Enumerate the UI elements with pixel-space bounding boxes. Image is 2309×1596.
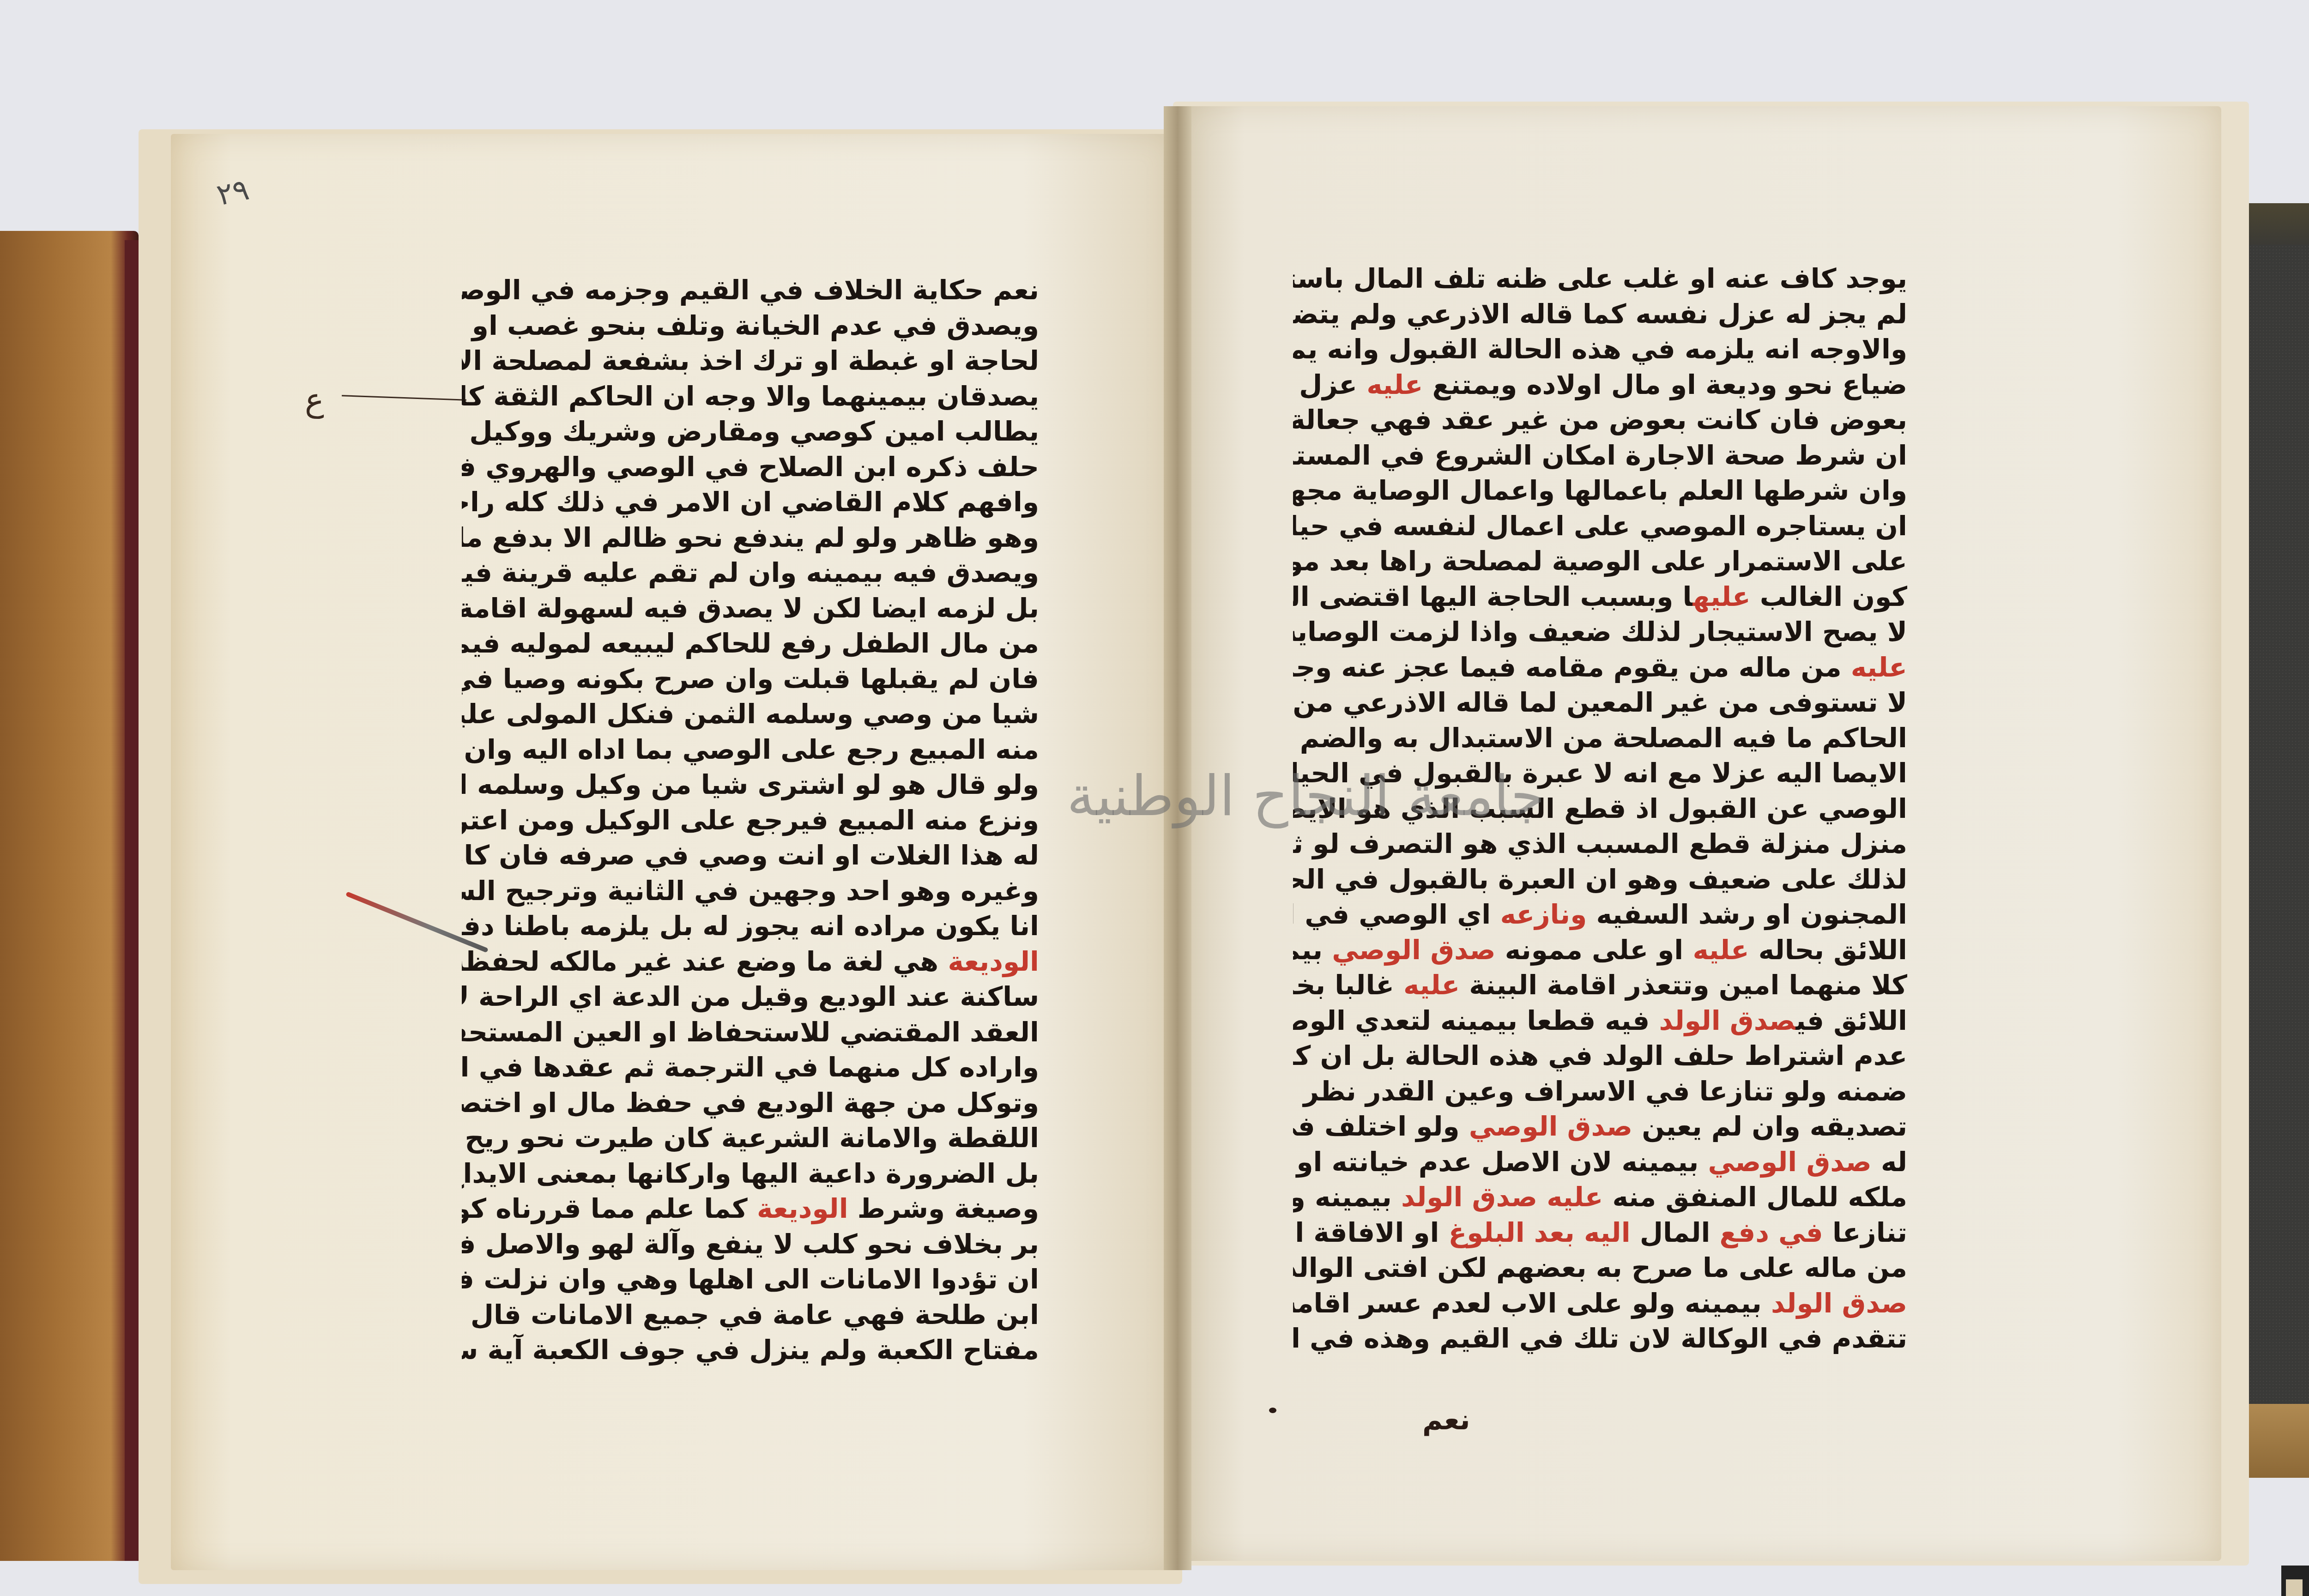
rubric-text: صدق الوصي — [1332, 934, 1495, 966]
rubric-text: صدق الولد — [1771, 1288, 1907, 1319]
text-line: لا تستوفى من غير المعين لما قاله الاذرعي… — [1293, 685, 1907, 720]
text-line: كون الغالب عليها وبسبب الحاجة اليها اقتض… — [1293, 579, 1907, 615]
text-line: ان يستاجره الموصي على اعمال لنفسه في حيا… — [1293, 508, 1907, 544]
text-line: يطالب امين كوصي ومقارض وشريك ووكيل بحساب… — [462, 414, 1039, 449]
text-line: العقد المقتضي للاستحفاظ او العين المستحف… — [462, 1015, 1039, 1050]
text-line: تنازعا في دفع المال اليه بعد البلوغ او ا… — [1293, 1215, 1907, 1251]
text-line: والاوجه انه يلزمه في هذه الحالة القبول و… — [1293, 332, 1907, 367]
text-line: كلا منهما امين وتتعذر اقامة البينة عليه … — [1293, 967, 1907, 1003]
rubric-text: عليه — [1366, 369, 1423, 400]
text-line: منه المبيع رجع على الوصي بما اداه اليه و… — [462, 732, 1039, 768]
rubric-text: عليه — [1692, 934, 1749, 966]
rubric-text: ونازعه — [1500, 899, 1587, 930]
text-line: وان شرطها العلم باعمالها واعمال الوصاية … — [1293, 473, 1907, 508]
text-line: اللائق بحاله عليه او على ممونه صدق الوصي… — [1293, 932, 1907, 968]
text-line: على الاستمرار على الوصية لمصلحة راها بعد… — [1293, 544, 1907, 579]
text-line: له صدق الوصي بيمينه لان الاصل عدم خيانته… — [1293, 1144, 1907, 1180]
text-line: ملكه للمال المنفق منه عليه صدق الولد بيم… — [1293, 1179, 1907, 1215]
text-line: وتوكل من جهة الوديع في حفظ مال او اختصاص… — [462, 1085, 1039, 1121]
text-line: ان شرط صحة الاجارة امكان الشروع في المست… — [1293, 438, 1907, 473]
text-line: بعوض فان كانت بعوض من غير عقد فهي جعالة … — [1293, 402, 1907, 438]
text-line: عدم اشتراط حلف الولد في هذه الحالة بل ان… — [1293, 1038, 1907, 1074]
text-line: الحاكم ما فيه المصلحة من الاستبدال به وا… — [1293, 720, 1907, 756]
film-perforation — [2286, 1579, 2303, 1596]
text-line: له هذا الغلات او انت وصي في صرفه فان كان… — [462, 838, 1039, 873]
left-book-cover — [0, 231, 139, 1561]
text-line: عليه من ماله من يقوم مقامه فيما عجز عنه … — [1293, 650, 1907, 685]
text-line: وهو ظاهر ولو لم يندفع نحو ظالم الا بدفع … — [462, 520, 1039, 556]
rubric-text: الوديعة — [757, 1193, 848, 1224]
text-line: وافهم كلام القاضي ان الامر في ذلك كله را… — [462, 484, 1039, 520]
text-line: لم يجز له عزل نفسه كما قاله الاذرعي ولم … — [1293, 296, 1907, 332]
text-line: اللائق فيصدق الولد فيه قطعا بيمينه لتعدي… — [1293, 1003, 1907, 1039]
rubric-text: في دفع — [1720, 1217, 1823, 1248]
text-line: شيا من وصي وسلمه الثمن فنكل المولى عليه … — [462, 696, 1039, 732]
text-line: صدق الولد بيمينه ولو على الاب لعدم عسر ا… — [1293, 1286, 1907, 1321]
text-line: ولو قال هو لو اشترى شيا من وكيل وسلمه ال… — [462, 767, 1039, 803]
text-line: اللقطة والامانة الشرعية كان طيرت نحو ريح… — [462, 1120, 1039, 1156]
rubric-text: صدق الوصي — [1708, 1146, 1872, 1178]
rubric-text: عليه — [1547, 1181, 1603, 1213]
rubric-text: الوديعة — [948, 946, 1039, 977]
text-line: الوديعة هي لغة ما وضع عند غير مالكه لحفظ… — [462, 944, 1039, 979]
text-line: ساكنة عند الوديع وقيل من الدعة اي الراحة… — [462, 979, 1039, 1015]
text-line: تتقدم في الوكالة لان تلك في القيم وهذه ف… — [1293, 1321, 1907, 1356]
text-line: حلف ذكره ابن الصلاح في الوصي والهروي في … — [462, 449, 1039, 485]
rubric-text: صدق الولد — [1401, 1181, 1537, 1213]
text-line: نعم حكاية الخلاف في القيم وجزمه في الوصي… — [462, 272, 1039, 308]
rubric-text: عليه — [1403, 969, 1460, 1001]
rubric-text: عليه — [1851, 652, 1907, 683]
text-line: من مال الطفل رفع للحاكم ليبيعه لموليه في… — [462, 626, 1039, 661]
text-line: من ماله على ما صرح به بعضهم لكن افتى الو… — [1293, 1250, 1907, 1286]
text-line: مفتاح الكعبة ولم ينزل في جوف الكعبة آية … — [462, 1332, 1039, 1368]
rubric-text: اليه بعد البلوغ — [1449, 1217, 1631, 1248]
text-line: وغيره وهو احد وجهين في الثانية وترجيح ال… — [462, 873, 1039, 909]
text-line: تصديقه وان لم يعين صدق الوصي ولو اختلف ف… — [1293, 1109, 1907, 1144]
text-line: لذلك على ضعيف وهو ان العبرة بالقبول في ا… — [1293, 862, 1907, 897]
text-line: ضمنه ولو تنازعا في الاسراف وعين القدر نظ… — [1293, 1074, 1907, 1109]
ink-dot — [1269, 1408, 1276, 1413]
text-line: ان تؤدوا الامانات الى اهلها وهي وان نزلت… — [462, 1262, 1039, 1297]
text-line: بر بخلاف نحو كلب لا ينفع وآلة لهو والاصل… — [462, 1227, 1039, 1262]
text-line: المجنون او رشد السفيه ونازعه اي الوصي في… — [1293, 897, 1907, 932]
text-line: ونزع منه المبيع فيرجع على الوكيل ومن اعت… — [462, 803, 1039, 838]
rubric-text: صدق الوصي — [1469, 1111, 1632, 1142]
text-line: يوجد كاف عنه او غلب على ظنه تلف المال با… — [1293, 261, 1907, 296]
text-line: ويصدق فيه بيمينه وان لم تقم عليه قرينة ف… — [462, 555, 1039, 591]
text-line: ابن طلحة فهي عامة في جميع الامانات قال ا… — [462, 1297, 1039, 1333]
text-line: واراده كل منهما في الترجمة ثم عقدها في ا… — [462, 1050, 1039, 1085]
text-line: ويصدق في عدم الخيانة وتلف بنحو غصب او سر… — [462, 308, 1039, 344]
manuscript-photo: ٢٩ ع نعم حكاية الخلاف في القيم وجزمه في … — [0, 0, 2309, 1596]
text-line: لا يصح الاستيجار لذلك ضعيف واذا لزمت الو… — [1293, 614, 1907, 650]
left-page-text: نعم حكاية الخلاف في القيم وجزمه في الوصي… — [462, 272, 1039, 1368]
rubric-text: عليه — [1692, 581, 1750, 612]
watermark: جامعة النجاح الوطنية — [1067, 764, 1545, 828]
text-line: يصدقان بيمينهما والا وجه ان الحاكم الثقة… — [462, 379, 1039, 414]
text-line: وصيغة وشرط الوديعة كما علم مما قررناه كو… — [462, 1191, 1039, 1227]
text-line: منزل منزلة قطع المسبب الذي هو التصرف لو … — [1293, 826, 1907, 862]
text-line: لحاجة او غبطة او ترك اخذ بشفعة لمصلحة ال… — [462, 343, 1039, 379]
text-line: بل الضرورة داعية اليها واركانها بمعنى ال… — [462, 1156, 1039, 1191]
text-line: فان لم يقبلها قبلت وان صرح بكونه وصيا في… — [462, 661, 1039, 697]
margin-note: ع — [305, 381, 324, 419]
text-line: انا يكون مراده انه يجوز له بل يلزمه باطن… — [462, 908, 1039, 944]
book-gutter — [1164, 106, 1191, 1570]
catchword: نعم — [1422, 1404, 1470, 1436]
text-line: ضياع نحو وديعة او مال اولاده ويمتنع عليه… — [1293, 367, 1907, 403]
text-line: بل لزمه ايضا لكن لا يصدق فيه لسهولة اقام… — [462, 591, 1039, 626]
rubric-text: صدق الولد — [1659, 1005, 1795, 1036]
